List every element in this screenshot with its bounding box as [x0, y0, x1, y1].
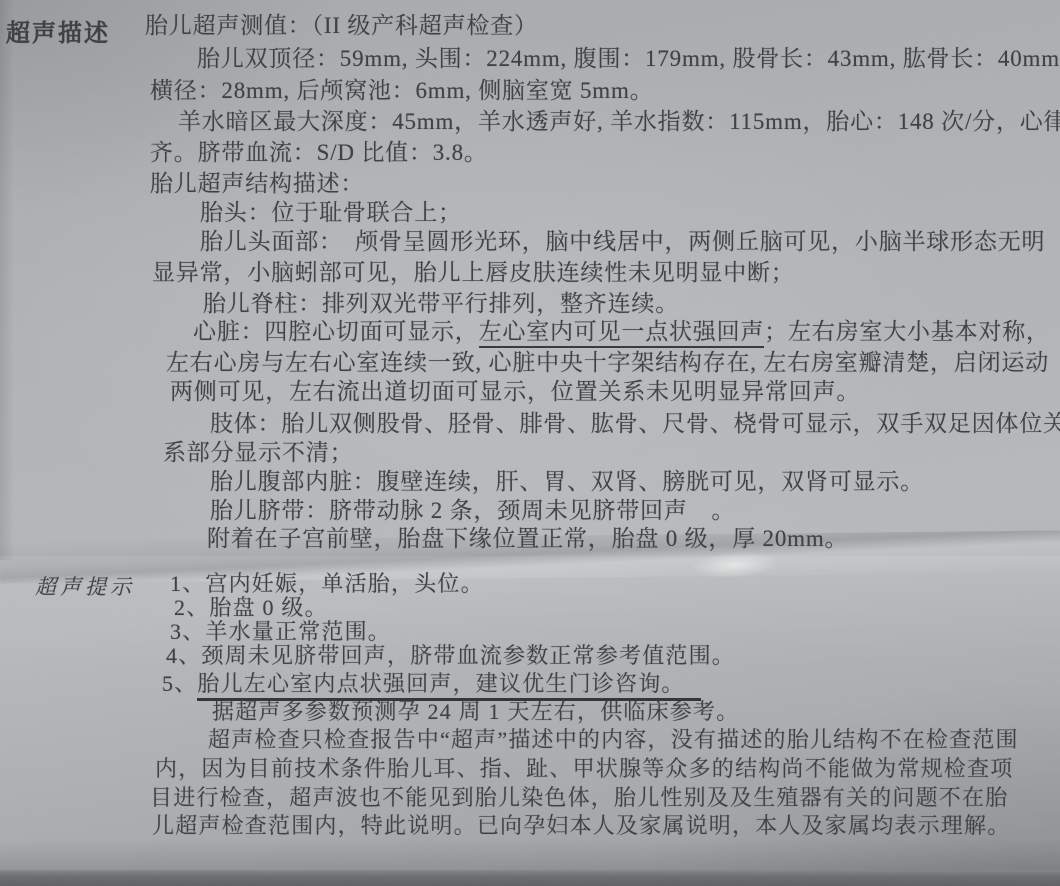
text-segment: 胎头：位于耻骨联合上； — [200, 200, 462, 225]
text-segment: 1、宫内妊娠，单活胎，头位。 — [170, 571, 484, 596]
text-segment: 横径：28mm, 后颅窝池：6mm, 侧脑室宽 5mm。 — [150, 78, 654, 103]
text-segment: 系部分显示不清； — [163, 440, 353, 465]
text-segment: 左右心房与左右心室连续一致, 心脏中央十字架结构存在, 左右房室瓣清楚，启闭运动 — [166, 350, 1049, 375]
text-segment: 儿超声检查范围内，特此说明。已向孕妇本人及家属说明，本人及家属均表示理解。 — [152, 813, 1010, 838]
report-line: 齐。脐带血流：S/D 比值：3.8。 — [150, 139, 488, 168]
report-line: 肢体：胎儿双侧股骨、胫骨、腓骨、肱骨、尺骨、桡骨可显示，双手双足因体位关 — [210, 410, 1060, 439]
report-line: 胎儿脊柱：排列双光带平行排列，整齐连续。 — [203, 290, 679, 319]
text-segment: 胎儿头面部： 颅骨呈圆形光环，脑中线居中，两侧丘脑可见，小脑半球形态无明 — [200, 229, 1045, 254]
text-segment: 超声检查只检查报告中“超声”描述中的内容，没有描述的胎儿结构不在检查范围 — [208, 727, 1019, 752]
report-line: 胎头：位于耻骨联合上； — [200, 199, 462, 228]
report-line: 4、颈周未见脐带回声，脐带血流参数正常参考值范围。 — [166, 642, 735, 670]
underlined-finding-text: 胎儿左心室内点状强回声，建议优生门诊咨询。 — [197, 671, 700, 701]
text-segment: 胎儿脊柱：排列双光带平行排列，整齐连续。 — [203, 291, 679, 316]
text-segment: ；左右房室大小基本对称， — [764, 319, 1050, 344]
section-label-impression: 超声提示 — [35, 571, 135, 601]
report-line: 胎儿双顶径：59mm, 头围：224mm, 腹围：179mm, 股骨长：43mm… — [197, 45, 1060, 74]
report-line: 胎儿超声测值：（II 级产科超声检查） — [145, 12, 538, 41]
report-line: 羊水暗区最大深度：45mm，羊水透声好, 羊水指数：115mm，胎心：148 次… — [178, 108, 1060, 137]
text-segment: 显异常，小脑蚓部可见，胎儿上唇皮肤连续性未见明显中断； — [152, 260, 795, 285]
text-segment: 胎儿超声结构描述： — [150, 171, 364, 196]
text-segment: 内，因为目前技术条件胎儿耳、指、趾、甲状腺等众多的结构尚不能做为常规检查项 — [155, 756, 1013, 781]
text-segment: 齐。脐带血流：S/D 比值：3.8。 — [150, 140, 488, 165]
report-line: 胎儿头面部： 颅骨呈圆形光环，脑中线居中，两侧丘脑可见，小脑半球形态无明 — [200, 228, 1045, 257]
paper-left-edge-shadow — [0, 0, 14, 560]
text-segment: 目进行检查，超声波也不能见到胎儿染色体，胎儿性别及及生殖器有关的问题不在胎 — [150, 785, 1008, 810]
report-line: 附着在子宫前壁，胎盘下缘位置正常，胎盘 0 级，厚 20mm。 — [207, 525, 848, 554]
report-line: 显异常，小脑蚓部可见，胎儿上唇皮肤连续性未见明显中断； — [152, 259, 795, 288]
report-line: 胎儿腹部内脏：腹壁连续，肝、胃、双肾、膀胱可见，双肾可显示。 — [210, 468, 924, 497]
report-line: 5、胎儿左心室内点状强回声，建议优生门诊咨询。 — [162, 670, 701, 698]
report-line: 胎儿超声结构描述： — [150, 170, 364, 199]
text-segment: 胎儿脐带：脐带动脉 2 条，颈周未见脐带回声 。 — [210, 498, 735, 523]
report-line: 系部分显示不清； — [163, 439, 353, 468]
text-segment: 两侧可见，左右流出道切面可显示，位置关系未见明显异常回声。 — [170, 379, 860, 404]
text-segment: 2、胎盘 0 级。 — [174, 595, 328, 620]
text-segment: 心脏：四腔心切面可显示， — [193, 319, 479, 344]
ultrasound-report-photo: 超声描述 胎儿超声测值：（II 级产科超声检查）胎儿双顶径：59mm, 头围：2… — [0, 0, 1060, 886]
report-line: 横径：28mm, 后颅窝池：6mm, 侧脑室宽 5mm。 — [150, 77, 654, 106]
text-segment: 附着在子宫前壁，胎盘下缘位置正常，胎盘 0 级，厚 20mm。 — [207, 526, 848, 551]
report-line: 心脏：四腔心切面可显示，左心室内可见一点状强回声；左右房室大小基本对称， — [193, 318, 1050, 347]
photo-bottom-edge — [0, 870, 1060, 886]
section-label-description: 超声描述 — [6, 13, 110, 48]
report-line: 目进行检查，超声波也不能见到胎儿染色体，胎儿性别及及生殖器有关的问题不在胎 — [150, 784, 1008, 812]
text-segment: 5、 — [162, 671, 197, 696]
report-line: 胎儿脐带：脐带动脉 2 条，颈周未见脐带回声 。 — [210, 497, 735, 526]
report-line: 左右心房与左右心室连续一致, 心脏中央十字架结构存在, 左右房室瓣清楚，启闭运动 — [166, 349, 1049, 378]
report-line: 儿超声检查范围内，特此说明。已向孕妇本人及家属说明，本人及家属均表示理解。 — [152, 812, 1010, 840]
report-line: 两侧可见，左右流出道切面可显示，位置关系未见明显异常回声。 — [170, 378, 860, 407]
text-segment: 肢体：胎儿双侧股骨、胫骨、腓骨、肱骨、尺骨、桡骨可显示，双手双足因体位关 — [210, 411, 1060, 436]
report-line: 内，因为目前技术条件胎儿耳、指、趾、甲状腺等众多的结构尚不能做为常规检查项 — [155, 755, 1013, 783]
text-segment: 3、羊水量正常范围。 — [170, 619, 391, 644]
text-segment: 4、颈周未见脐带回声，脐带血流参数正常参考值范围。 — [166, 643, 735, 668]
text-segment: 羊水暗区最大深度：45mm，羊水透声好, 羊水指数：115mm，胎心：148 次… — [178, 109, 1060, 134]
text-segment: 胎儿双顶径：59mm, 头围：224mm, 腹围：179mm, 股骨长：43mm… — [197, 46, 1060, 71]
report-line: 据超声多参数预测孕 24 周 1 天左右，供临床参考。 — [212, 698, 739, 726]
text-segment: 胎儿超声测值：（II 级产科超声检查） — [145, 13, 538, 38]
text-segment: 据超声多参数预测孕 24 周 1 天左右，供临床参考。 — [212, 699, 739, 724]
photo-bottom-shadow — [0, 838, 1060, 872]
text-segment: 胎儿腹部内脏：腹壁连续，肝、胃、双肾、膀胱可见，双肾可显示。 — [210, 469, 924, 494]
underlined-finding-text: 左心室内可见一点状强回声 — [479, 319, 765, 348]
report-line: 超声检查只检查报告中“超声”描述中的内容，没有描述的胎儿结构不在检查范围 — [208, 726, 1019, 754]
